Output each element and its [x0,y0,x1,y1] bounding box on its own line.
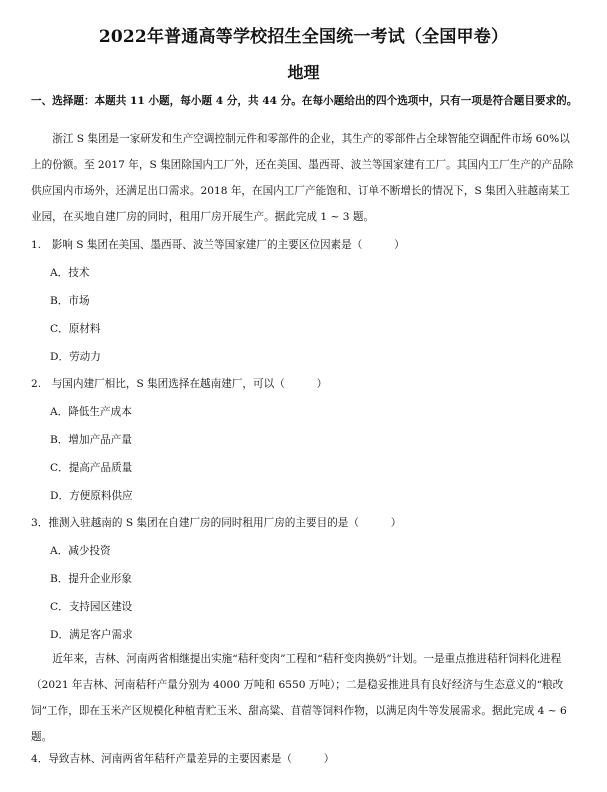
passage-1: 浙江 S 集团是一家研发和生产空调控制元件和零部件的企业，其生产的零部件占全球智… [31,126,579,230]
question-3-option-d: D．满足客户需求 [50,627,133,642]
question-3-option-c: C．支持园区建设 [50,599,132,614]
exam-page: 2022年普通高等学校招生全国统一考试（全国甲卷） 地理 一、选择题：本题共 1… [0,0,607,792]
question-1-option-d: D．劳动力 [50,349,101,364]
question-2-option-b: B．增加产品产量 [50,432,132,447]
question-2-stem: 2. 与国内建厂相比，S 集团选择在越南建厂，可以（ ） [31,376,327,391]
question-3-stem: 3．推测入驻越南的 S 集团在自建厂房的同时租用厂房的主要目的是（ ） [31,515,401,530]
question-4-stem: 4．导致吉林、河南两省年秸秆产量差异的主要因素是（ ） [31,751,334,766]
question-1-option-b: B．市场 [50,293,90,308]
passage-2: 近年来，吉林、河南两省相继提出实施“秸秆变肉”工程和“秸秆变肉换奶”计划。一是重… [31,646,579,750]
question-2-option-a: A．降低生产成本 [50,404,132,419]
question-3-option-b: B．提升企业形象 [50,571,132,586]
question-2-option-c: C．提高产品质量 [50,460,132,475]
subject-title: 地理 [0,60,607,83]
question-1-option-a: A．技术 [50,265,89,280]
section-heading: 一、选择题：本题共 11 小题，每小题 4 分，共 44 分。在每小题给出的四个… [31,89,579,114]
question-3-option-a: A．减少投资 [50,543,111,558]
question-1-option-c: C．原材料 [50,321,100,336]
exam-title: 2022年普通高等学校招生全国统一考试（全国甲卷） [0,22,607,47]
question-1-stem: 1. 影响 S 集团在美国、墨西哥、波兰等国家建厂的主要区位因素是（ ） [31,237,405,252]
question-2-option-d: D．方便原料供应 [50,488,133,503]
